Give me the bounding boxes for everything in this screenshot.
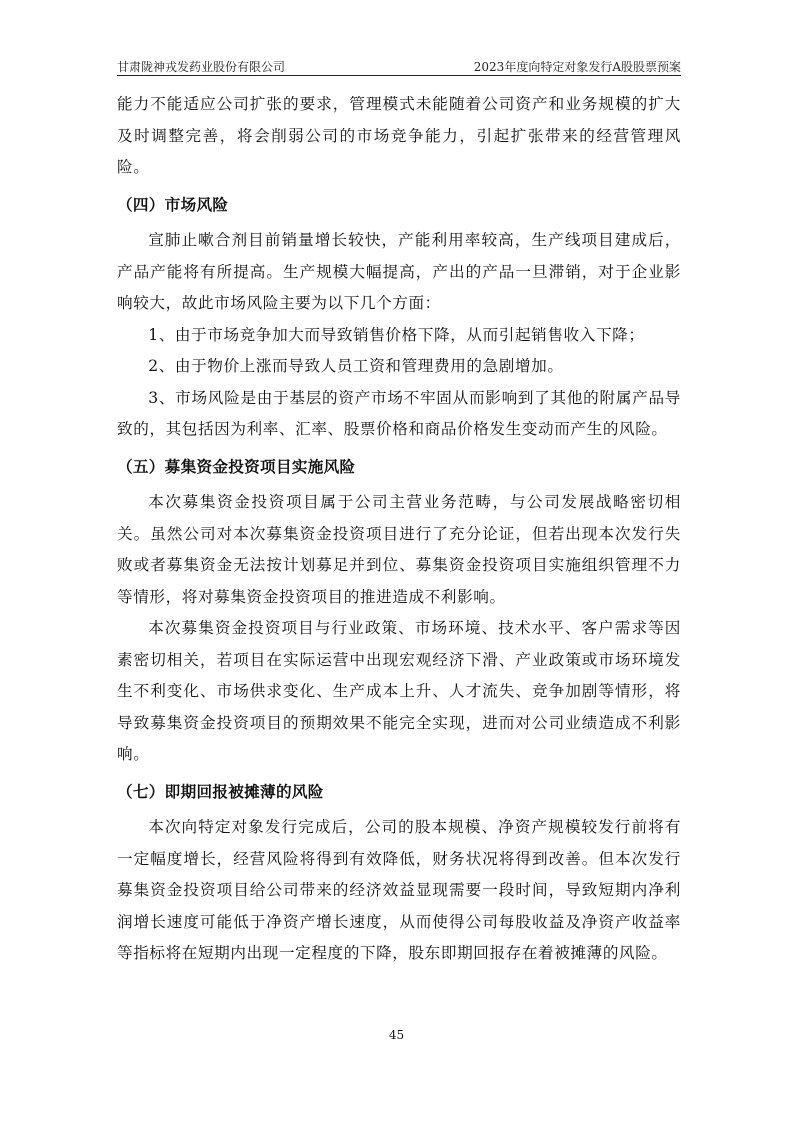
paragraph-fundraising-risk-1: 本次募集资金投资项目属于公司主营业务范畴，与公司发展战略密切相关。虽然公司对本次… <box>117 487 681 613</box>
page-body: 能力不能适应公司扩张的要求，管理模式未能随着公司资产和业务规模的扩大及时调整完善… <box>117 89 681 970</box>
continuation-paragraph: 能力不能适应公司扩张的要求，管理模式未能随着公司资产和业务规模的扩大及时调整完善… <box>117 89 681 184</box>
section-heading-dilution-risk: （七）即期回报被摊薄的风险 <box>117 777 681 809</box>
list-item-market-risk-3: 3、市场风险是由于基层的资产市场不牢固从而影响到了其他的附属产品导致的，其包括因… <box>117 383 681 446</box>
paragraph-market-risk-intro: 宣肺止嗽合剂目前销量增长较快，产能利用率较高，生产线项目建成后，产品产能将有所提… <box>117 225 681 320</box>
paragraph-fundraising-risk-2: 本次募集资金投资项目与行业政策、市场环境、技术水平、客户需求等因素密切相关，若项… <box>117 613 681 771</box>
page-number: 45 <box>0 1028 793 1042</box>
list-item-market-risk-1: 1、由于市场竞争加大而导致销售价格下降，从而引起销售收入下降； <box>117 320 681 352</box>
header-company-name: 甘肃陇神戎发药业股份有限公司 <box>117 59 285 75</box>
header-document-title: 2023年度向特定对象发行A股股票预案 <box>474 59 681 75</box>
paragraph-dilution-risk: 本次向特定对象发行完成后，公司的股本规模、净资产规模较发行前将有一定幅度增长，经… <box>117 812 681 970</box>
section-heading-market-risk: （四）市场风险 <box>117 190 681 222</box>
list-item-market-risk-2: 2、由于物价上涨而导致人员工资和管理费用的急剧增加。 <box>117 351 681 383</box>
section-heading-fundraising-project-risk: （五）募集资金投资项目实施风险 <box>117 452 681 484</box>
page-header: 甘肃陇神戎发药业股份有限公司 2023年度向特定对象发行A股股票预案 <box>117 58 681 76</box>
